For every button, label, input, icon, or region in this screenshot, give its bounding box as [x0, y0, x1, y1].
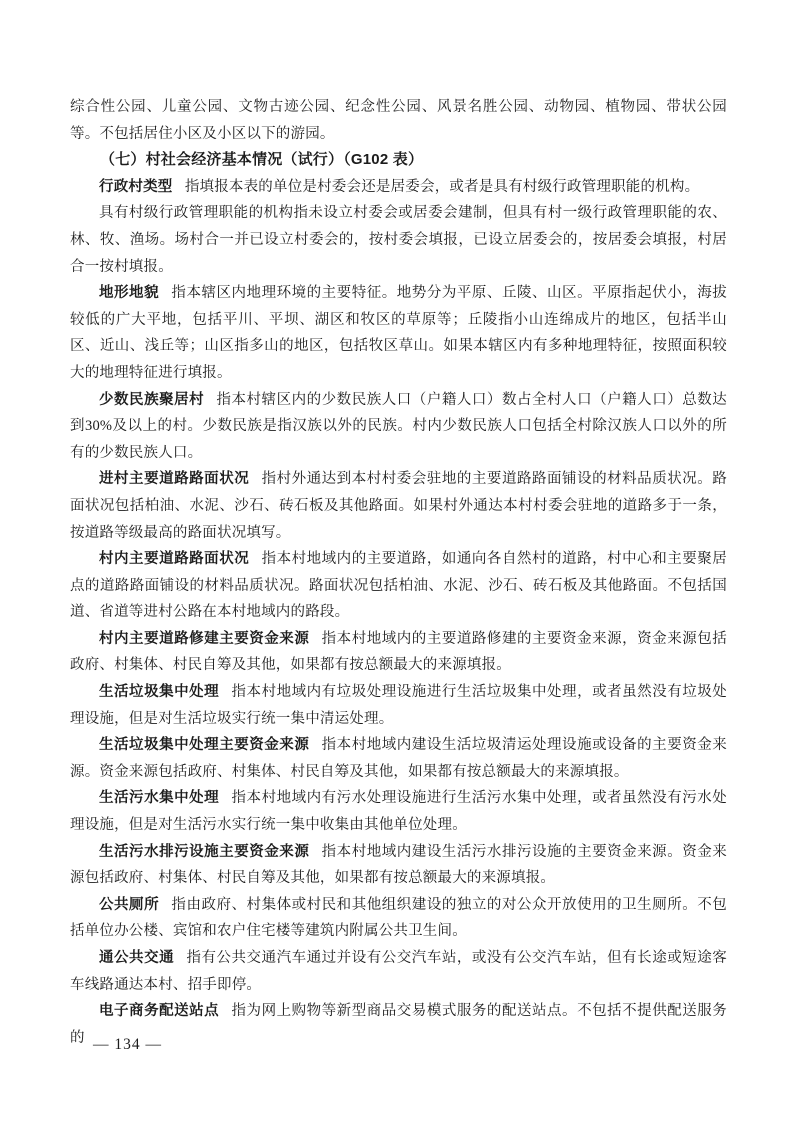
definition-paragraph: 通公共交通指有公共交通汽车通过并设有公交汽车站，或没有公交汽车站，但有长途或短途… — [70, 945, 727, 998]
definition-term: 电子商务配送站点 — [99, 1003, 219, 1019]
document-page: 综合性公园、儿童公园、文物古迹公园、纪念性公园、风景名胜公园、动物园、植物园、带… — [0, 0, 793, 1122]
section-heading: （七）村社会经济基本情况（试行）（G102 表） — [70, 147, 727, 174]
definition-term: 公共厕所 — [99, 897, 159, 913]
definition-term: 村内主要道路修建主要资金来源 — [99, 631, 309, 647]
definition-paragraph: 公共厕所指由政府、村集体或村民和其他组织建设的独立的对公众开放使用的卫生厕所。不… — [70, 892, 727, 945]
definition-term: 行政村类型 — [99, 179, 173, 195]
definition-term: 村内主要道路路面状况 — [99, 551, 249, 567]
lead-paragraph: 综合性公园、儿童公园、文物古迹公园、纪念性公园、风景名胜公园、动物园、植物园、带… — [70, 94, 727, 147]
document-body: 综合性公园、儿童公园、文物古迹公园、纪念性公园、风景名胜公园、动物园、植物园、带… — [70, 94, 727, 1051]
definition-term: 生活垃圾集中处理 — [99, 684, 219, 700]
definition-text: 指本辖区内地理环境的主要特征。地势分为平原、丘陵、山区。平原指起伏小，海拔较低的… — [70, 285, 727, 381]
definition-paragraph: 生活污水排污设施主要资金来源指本村地域内建设生活污水排污设施的主要资金来源。资金… — [70, 839, 727, 892]
definition-paragraph: 生活污水集中处理指本村地域内有污水处理设施进行生活污水集中处理，或者虽然没有污水… — [70, 785, 727, 838]
definition-term: 生活污水集中处理 — [99, 790, 219, 806]
definition-paragraph: 行政村类型指填报本表的单位是村委会还是居委会，或者是具有村级行政管理职能的机构。 — [70, 174, 727, 201]
definition-paragraph: 具有村级行政管理职能的机构指未设立村委会或居委会建制，但具有村一级行政管理职能的… — [70, 200, 727, 280]
definition-paragraph: 生活垃圾集中处理主要资金来源指本村地域内建设生活垃圾清运处理设施或设备的主要资金… — [70, 732, 727, 785]
definition-term: 生活污水排污设施主要资金来源 — [99, 844, 309, 860]
definition-paragraph: 生活垃圾集中处理指本村地域内有垃圾处理设施进行生活垃圾集中处理，或者虽然没有垃圾… — [70, 679, 727, 732]
page-number: — 134 — — [93, 1036, 162, 1054]
definition-term: 进村主要道路路面状况 — [99, 471, 249, 487]
definition-paragraph: 村内主要道路修建主要资金来源指本村地域内的主要道路修建的主要资金来源，资金来源包… — [70, 626, 727, 679]
definition-paragraph: 进村主要道路路面状况指村外通达到本村村委会驻地的主要道路路面铺设的材料品质状况。… — [70, 466, 727, 546]
definition-paragraph: 村内主要道路路面状况指本村地域内的主要道路，如通向各自然村的道路，村中心和主要聚… — [70, 546, 727, 626]
definition-paragraph: 电子商务配送站点指为网上购物等新型商品交易模式服务的配送站点。不包括不提供配送服… — [70, 998, 727, 1051]
definition-term: 通公共交通 — [99, 950, 174, 966]
definition-text: 具有村级行政管理职能的机构指未设立村委会或居委会建制，但具有村一级行政管理职能的… — [70, 205, 727, 274]
definition-term: 地形地貌 — [99, 285, 159, 301]
definition-paragraph: 少数民族聚居村指本村辖区内的少数民族人口（户籍人口）数占全村人口（户籍人口）总数… — [70, 387, 727, 467]
definition-term: 少数民族聚居村 — [99, 392, 204, 408]
definition-term: 生活垃圾集中处理主要资金来源 — [99, 737, 309, 753]
definition-text: 指由政府、村集体或村民和其他组织建设的独立的对公众开放使用的卫生厕所。不包括单位… — [70, 897, 727, 940]
definition-paragraph: 地形地貌指本辖区内地理环境的主要特征。地势分为平原、丘陵、山区。平原指起伏小，海… — [70, 280, 727, 386]
definition-text: 指填报本表的单位是村委会还是居委会，或者是具有村级行政管理职能的机构。 — [185, 179, 700, 195]
